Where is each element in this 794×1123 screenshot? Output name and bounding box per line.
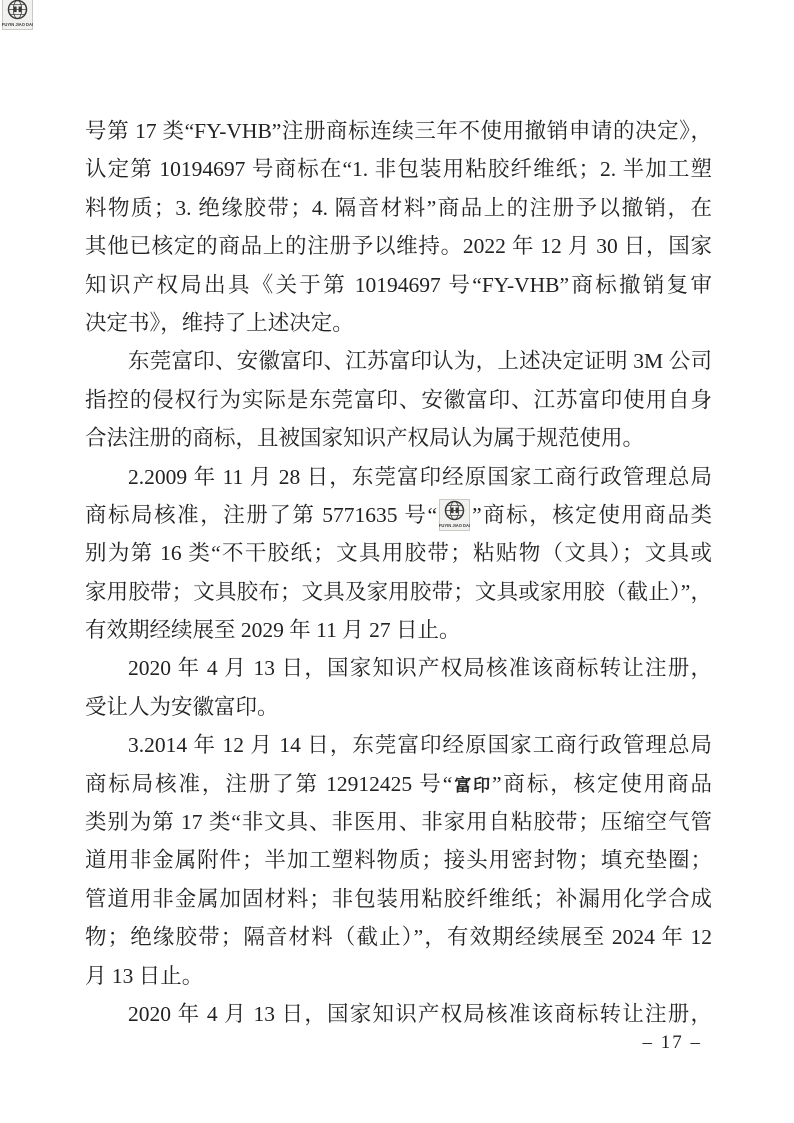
text-segment: ”商标，核定使用商品: [492, 772, 712, 796]
globe-logo-icon: FUYIN JIAO DAI: [2, 0, 33, 30]
text-line: 指控的侵权行为实际是东莞富印、安徽富印、江苏富印使用自身: [85, 381, 712, 419]
body-text: 号第 17 类“FY-VHB”注册商标连续三年不使用撤销申请的决定》，认定第 1…: [85, 112, 712, 1033]
text-line: 2020 年 4 月 13 日，国家知识产权局核准该商标转让注册，: [85, 995, 712, 1033]
text-segment: ”商标，核定使用商品类: [472, 503, 712, 527]
trademark-text: 富印: [452, 776, 492, 795]
text-line: 东莞富印、安徽富印、江苏富印认为，上述决定证明 3M 公司: [85, 342, 712, 380]
text-line: 3.2014 年 12 月 14 日，东莞富印经原国家工商行政管理总局: [85, 726, 712, 764]
svg-text:FUYIN JIAO DAI: FUYIN JIAO DAI: [2, 22, 33, 27]
text-line: 料物质；3. 绝缘胶带；4. 隔音材料”商品上的注册予以撤销，在: [85, 189, 712, 227]
text-line: 别为第 16 类“不干胶纸；文具用胶带；粘贴物（文具）；文具或: [85, 534, 712, 572]
text-line: 合法注册的商标，且被国家知识产权局认为属于规范使用。: [85, 419, 712, 457]
text-line: 2020 年 4 月 13 日，国家知识产权局核准该商标转让注册，: [85, 649, 712, 687]
text-line: 2.2009 年 11 月 28 日，东莞富印经原国家工商行政管理总局: [85, 458, 712, 496]
document-page: FUYIN JIAO DAI 号第 17 类“FY-VHB”注册商标连续三年不使…: [0, 0, 794, 1123]
text-line: 认定第 10194697 号商标在“1. 非包装用粘胶纤维纸；2. 半加工塑: [85, 150, 712, 188]
text-line: 类别为第 17 类“非文具、非医用、非家用自粘胶带；压缩空气管: [85, 803, 712, 841]
text-line: 知识产权局出具《关于第 10194697 号“FY-VHB”商标撤销复审: [85, 266, 712, 304]
text-line: 决定书》，维持了上述决定。: [85, 304, 712, 342]
page-number: – 17 –: [643, 1032, 703, 1054]
text-segment: 商标局核准，注册了第 12912425 号“: [85, 772, 452, 796]
fuyin-trademark-logo: FUYIN JIAO DAI: [439, 499, 470, 531]
text-line: 家用胶带；文具胶布；文具及家用胶带；文具或家用胶（截止）”，: [85, 573, 712, 611]
text-segment: 商标局核准，注册了第 5771635 号“: [85, 503, 437, 527]
text-line: 道用非金属附件；半加工塑料物质；接头用密封物；填充垫圈；: [85, 841, 712, 879]
text-line: 有效期经续展至 2029 年 11 月 27 日止。: [85, 611, 712, 649]
text-line: 号第 17 类“FY-VHB”注册商标连续三年不使用撤销申请的决定》，: [85, 112, 712, 150]
globe-logo-icon: FUYIN JIAO DAI: [439, 499, 470, 531]
text-line: 物；绝缘胶带；隔音材料（截止）”，有效期经续展至 2024 年 12: [85, 918, 712, 956]
text-line: 商标局核准，注册了第 5771635 号“ FUYIN JIAO DAI ”商标…: [85, 496, 712, 534]
text-line: 其他已核定的商品上的注册予以维持。2022 年 12 月 30 日，国家: [85, 227, 712, 265]
text-line: 商标局核准，注册了第 12912425 号“富印”商标，核定使用商品: [85, 765, 712, 803]
text-line: 管道用非金属加固材料；非包装用粘胶纤维纸；补漏用化学合成: [85, 880, 712, 918]
svg-text:FUYIN JIAO DAI: FUYIN JIAO DAI: [439, 523, 470, 528]
fuyin-trademark-logo: FUYIN JIAO DAI: [2, 0, 33, 30]
text-line: 月 13 日止。: [85, 957, 712, 995]
text-line: 受让人为安徽富印。: [85, 688, 712, 726]
